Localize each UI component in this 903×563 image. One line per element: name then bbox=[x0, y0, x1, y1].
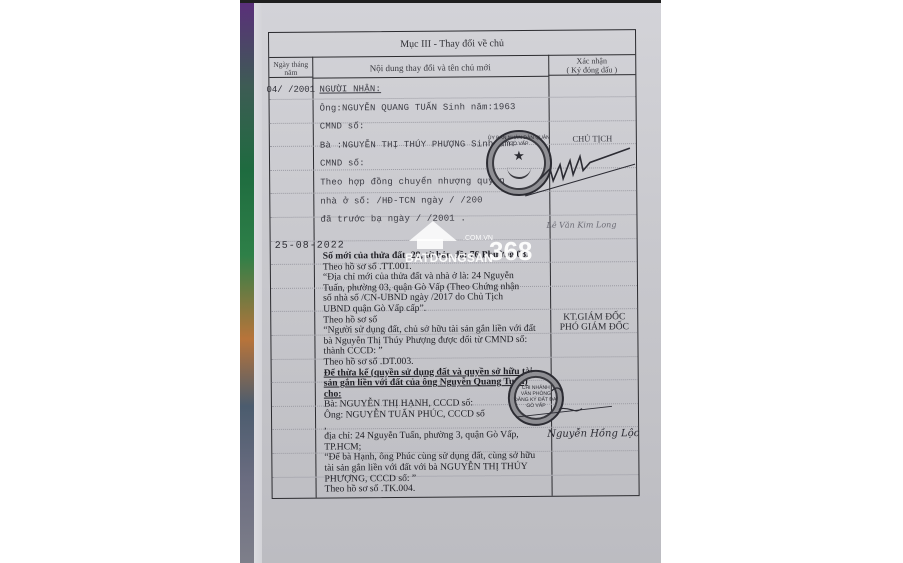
entry1-line: NGƯỜI NHẬN: bbox=[319, 84, 381, 94]
entry1-line: Bà :NGUYỄN THỊ THÚY PHƯỢNG Sinhnăm: bbox=[320, 139, 516, 151]
entry2-signer-name: Nguyễn Hồng Lộc bbox=[547, 428, 639, 440]
entry1-line: nhà ở số: /HĐ-TCN ngày / /200 bbox=[320, 195, 483, 206]
entry2-confirm-title-line2: PHÓ GIÁM ĐỐC bbox=[539, 322, 649, 333]
entry2-line: sản gắn liền với đất của ông Nguyễn Quan… bbox=[324, 376, 528, 389]
entry2-line: tài sản gắn liền với đất với bà NGUYỄN T… bbox=[324, 461, 527, 474]
entry2-line: Ông: NGUYỄN TUẤN PHÚC, CCCD số bbox=[324, 408, 485, 420]
entry1-signer-name: Lê Văn Kim Long bbox=[546, 220, 616, 230]
column-header-confirm-line2: ( Ký đóng dấu ) bbox=[548, 65, 635, 75]
ownership-change-table: Mục III - Thay đổi về chủ Ngày tháng năm… bbox=[268, 29, 640, 499]
entry1-line: Ông:NGUYỄN QUANG TUẤN Sinh năm:1963 bbox=[320, 102, 516, 114]
entry1-date: 04/ /2001 bbox=[266, 85, 315, 95]
entry2-confirm-title: KT.GIÁM ĐỐC PHÓ GIÁM ĐỐC bbox=[539, 312, 649, 333]
entry1-line: CMND số: bbox=[320, 121, 365, 131]
land-certificate-page: Mục III - Thay đổi về chủ Ngày tháng năm… bbox=[262, 3, 661, 563]
entry1-signature-stroke bbox=[520, 140, 640, 201]
background-poster-strip bbox=[240, 3, 254, 563]
column-header-confirm: Xác nhận ( Ký đóng dấu ) bbox=[548, 54, 635, 76]
entry2-line: Theo hồ sơ số .TK.004. bbox=[325, 483, 416, 495]
entry2-line: địa chỉ: 24 Nguyễn Tuấn, phường 3, quận … bbox=[324, 429, 519, 442]
entry1-line: Theo hợp đồng chuyển nhượng quyền bbox=[320, 176, 505, 187]
ruled-line bbox=[270, 96, 636, 100]
entry2-line: Số mới của thửa đất: 28, tờ bản đồ: 76 P… bbox=[323, 249, 529, 262]
document-photo: Mục III - Thay đổi về chủ Ngày tháng năm… bbox=[240, 0, 661, 563]
column-header-date: Ngày tháng năm bbox=[269, 57, 312, 78]
column-header-date-line2: năm bbox=[269, 69, 312, 77]
entry2-line: bà Nguyễn Thị Thúy Phượng được đổi từ CM… bbox=[323, 334, 527, 347]
entry2-line: TP.HCM; bbox=[324, 441, 361, 452]
entry2-signature-stroke bbox=[512, 380, 622, 421]
entry2-line: , bbox=[324, 420, 326, 431]
entry1-line: đã trước bạ ngày / /2001 . bbox=[320, 214, 466, 225]
entry1-line: CMND số: bbox=[320, 159, 365, 169]
column-header-content: Nội dung thay đổi và tên chủ mới bbox=[312, 55, 548, 79]
